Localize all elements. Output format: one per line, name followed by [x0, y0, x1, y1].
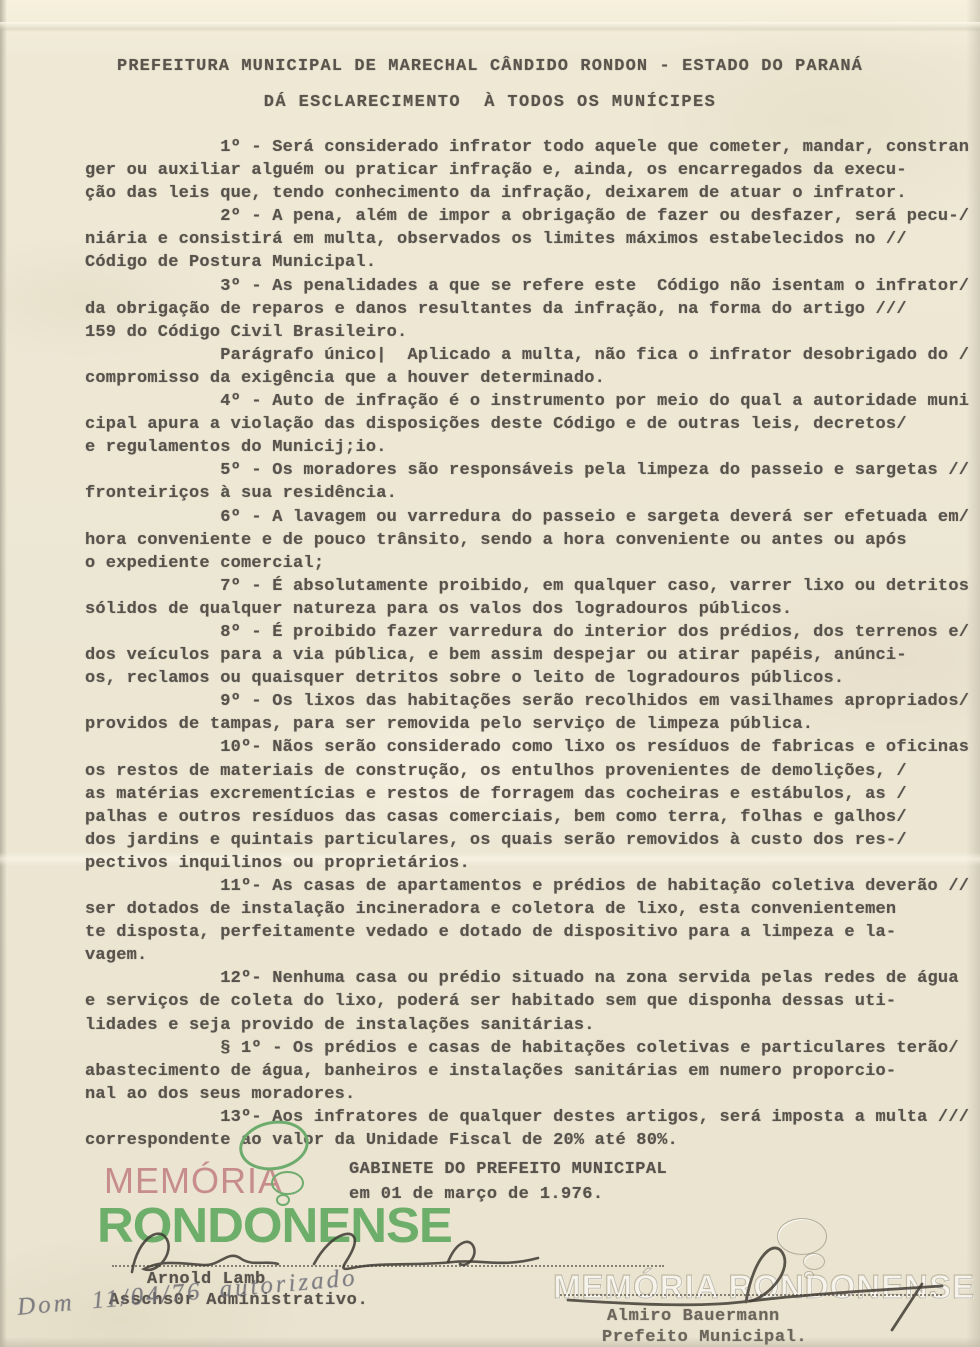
- document-line: 5º - Os moradores são responsáveis pela …: [85, 459, 980, 482]
- typed-name-almiro: Almiro Bauermann: [607, 1307, 780, 1326]
- document-line: 6º - A lavagem ou varredura do passeio e…: [85, 506, 980, 529]
- document-line: correspondente ao valor da Unidade Fisca…: [85, 1129, 980, 1152]
- document-line: fronteiriços à sua residência.: [85, 482, 980, 505]
- typed-role-almiro: Prefeito Municipal.: [602, 1328, 807, 1347]
- document-line: 3º - As penalidades a que se refere este…: [85, 275, 980, 298]
- document-line: 11º- As casas de apartamentos e prédios …: [85, 875, 980, 898]
- paper-crease-top: [0, 22, 980, 32]
- document-line: nal ao dos seus moradores.: [85, 1083, 980, 1106]
- document-line: 8º - É proibido fazer varredura do inter…: [85, 621, 980, 644]
- document-line: e regulamentos do Municij;io.: [85, 436, 980, 459]
- document-line: lidades e seja provido de instalações sa…: [85, 1014, 980, 1037]
- document-line: 2º - A pena, além de impor a obrigação d…: [85, 205, 980, 228]
- document-line: pectivos inquilinos ou proprietários.: [85, 852, 980, 875]
- document-line: o expediente comercial;: [85, 552, 980, 575]
- document-line: dos veículos para a via pública, e bem a…: [85, 644, 980, 667]
- document-line: hora conveniente e de pouco trânsito, se…: [85, 529, 980, 552]
- document-line: 159 do Código Civil Brasileiro.: [85, 321, 980, 344]
- document-line: § 1º - Os prédios e casas de habitações …: [85, 1037, 980, 1060]
- document-line: 7º - É absolutamente proibido, em qualqu…: [85, 575, 980, 598]
- document-line: vagem.: [85, 944, 980, 967]
- document-title-line1: PREFEITURA MUNICIPAL DE MARECHAL CÂNDIDO…: [0, 57, 980, 76]
- document-line: ger ou auxiliar alguém ou praticar infra…: [85, 159, 980, 182]
- document-line: dos jardins e quintais particulares, os …: [85, 829, 980, 852]
- document-line: cipal apura a violação das disposições d…: [85, 413, 980, 436]
- document-line: os restos de materiais de construção, os…: [85, 760, 980, 783]
- closing-office-line: GABINETE DO PREFEITO MUNICIPAL: [349, 1160, 667, 1179]
- document-line: Código de Postura Municipal.: [85, 251, 980, 274]
- green-bubble-circle-medium: [271, 1171, 304, 1195]
- document-line: abastecimento de água, banheiros e insta…: [85, 1060, 980, 1083]
- document-line: 4º - Auto de infração é o instrumento po…: [85, 390, 980, 413]
- document-line: providos de tampas, para ser removida pe…: [85, 713, 980, 736]
- document-line: 10º- Nãos serão considerado como lixo os…: [85, 736, 980, 759]
- document-line: te disposta, perfeitamente vedado e dota…: [85, 921, 980, 944]
- document-line: da obrigação de reparos e danos resultan…: [85, 298, 980, 321]
- document-line: niária e consistirá em multa, observados…: [85, 228, 980, 251]
- document-line: e serviços de coleta do lixo, poderá ser…: [85, 990, 980, 1013]
- document-line: Parágrafo único| Aplicado a multa, não f…: [85, 344, 980, 367]
- scanned-document-page: PREFEITURA MUNICIPAL DE MARECHAL CÂNDIDO…: [0, 0, 980, 1347]
- green-bubble-circle-dot: [276, 1194, 290, 1206]
- document-line: palhas e outros resíduos das casas comer…: [85, 806, 980, 829]
- document-title-line2: DÁ ESCLARECIMENTO À TODOS OS MUNÍCIPES: [0, 93, 980, 112]
- document-line: ser dotados de instalação incineradora e…: [85, 898, 980, 921]
- document-line: 13º- Aos infratores de qualquer destes a…: [85, 1106, 980, 1129]
- document-line: 9º - Os lixos das habitações serão recol…: [85, 690, 980, 713]
- document-line: os, reclamos ou quaisquer detritos sobre…: [85, 667, 980, 690]
- document-line: 12º- Nenhuma casa ou prédio situado na z…: [85, 967, 980, 990]
- document-line: compromisso da exigência que a houver de…: [85, 367, 980, 390]
- document-line: sólidos de qualquer natureza para os val…: [85, 598, 980, 621]
- document-line: as matérias excrementícias e restos de f…: [85, 783, 980, 806]
- document-line: ção das leis que, tendo conhecimento da …: [85, 182, 980, 205]
- document-body: 1º - Será considerado infrator todo aque…: [85, 136, 980, 1152]
- document-line: 1º - Será considerado infrator todo aque…: [85, 136, 980, 159]
